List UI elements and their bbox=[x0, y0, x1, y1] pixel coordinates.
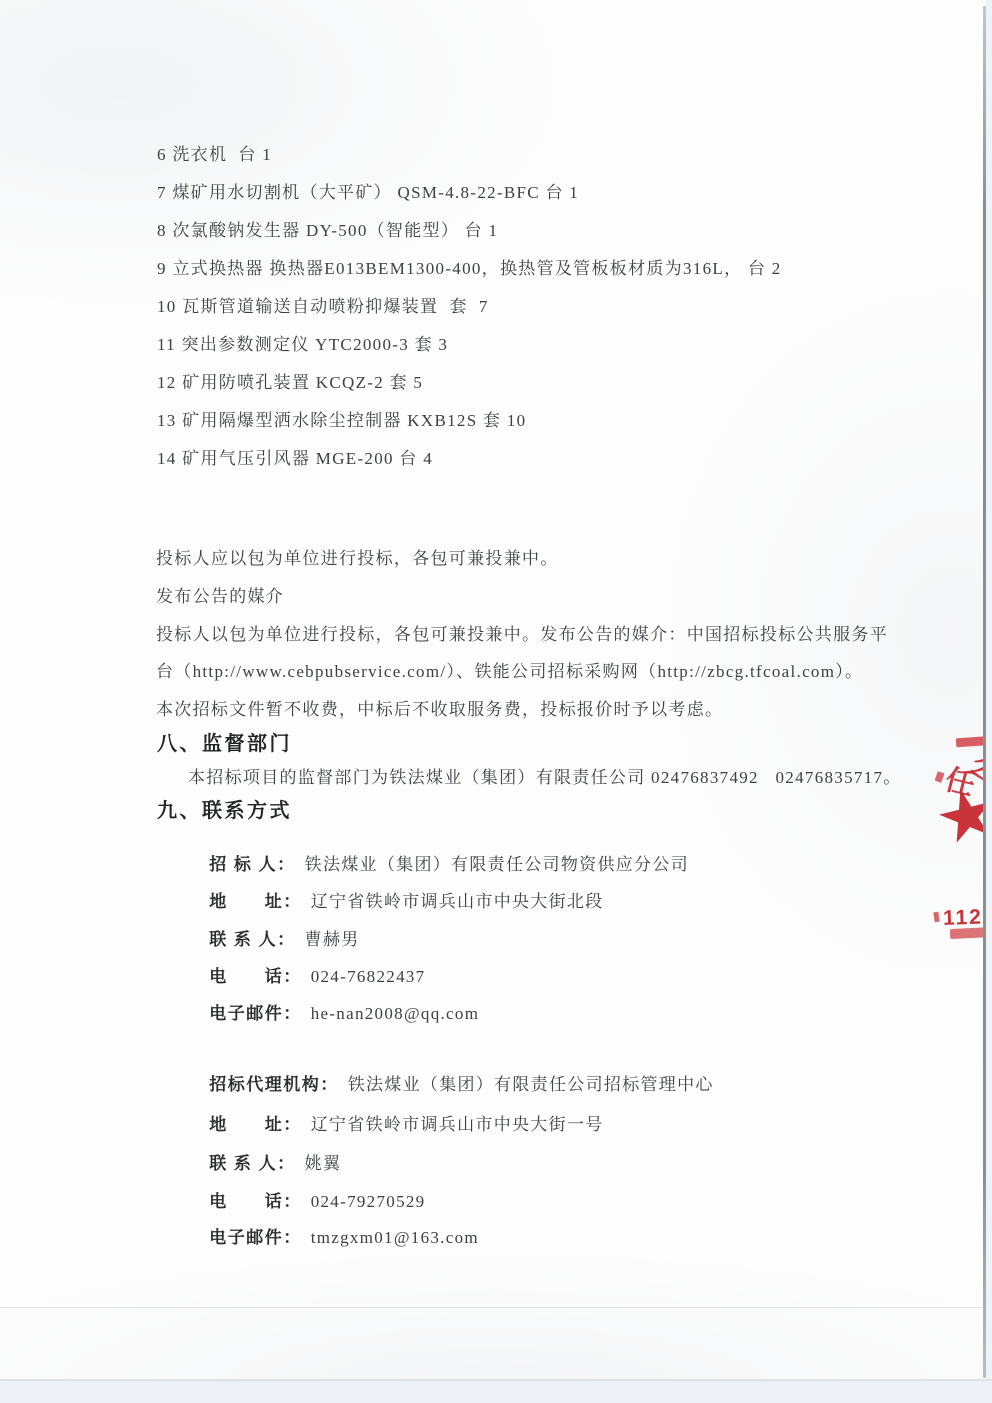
notice-line: 台（http://www.cebpubservice.com/）、铁能公司招标采… bbox=[156, 662, 863, 682]
equipment-list-item: 13 矿用隔爆型洒水除尘控制器 KXB12S 套 10 bbox=[157, 411, 526, 431]
notice-line: 投标人以包为单位进行投标，各包可兼投兼中。发布公告的媒介：中国招标投标公共服务平 bbox=[156, 625, 888, 645]
scan-artifact-line bbox=[0, 1307, 984, 1308]
contact-value: 铁法煤业（集团）有限责任公司招标管理中心 bbox=[348, 1075, 714, 1094]
contact-value: 辽宁省铁岭市调兵山市中央大街一号 bbox=[311, 1115, 604, 1134]
contact-value: tmzgxm01@163.com bbox=[311, 1228, 479, 1247]
contact-value: 辽宁省铁岭市调兵山市中央大街北段 bbox=[311, 892, 604, 911]
contact-label: 联 系 人： bbox=[209, 1154, 295, 1173]
seal-ink-mark bbox=[935, 771, 945, 783]
equipment-list-item: 9 立式换热器 换热器E013BEM1300-400，换热管及管板板材质为316… bbox=[157, 259, 782, 279]
contact-label: 电子邮件： bbox=[209, 1004, 302, 1023]
contact-label: 地 址： bbox=[209, 1115, 302, 1134]
contact-label: 地 址： bbox=[209, 892, 302, 911]
section-heading-supervision: 八、监督部门 bbox=[157, 732, 292, 756]
contact-row-email: 电子邮件：he-nan2008@qq.com bbox=[187, 984, 479, 1045]
equipment-list-item: 10 瓦斯管道输送自动喷粉抑爆装置 套 7 bbox=[157, 297, 489, 317]
contact-value: he-nan2008@qq.com bbox=[311, 1004, 480, 1023]
notice-line: 投标人应以包为单位进行投标，各包可兼投兼中。 bbox=[156, 549, 559, 569]
contact-value: 姚翼 bbox=[305, 1154, 342, 1173]
equipment-list-item: 6 洗衣机 台 1 bbox=[157, 145, 272, 165]
contact-row-email: 电子邮件：tmzgxm01@163.com bbox=[187, 1208, 479, 1269]
seal-ink-mark bbox=[933, 912, 939, 923]
section-heading-contact: 九、联系方式 bbox=[157, 799, 292, 823]
scanner-background-strip bbox=[0, 1381, 992, 1403]
supervision-department-text: 本招标项目的监督部门为铁法煤业（集团）有限责任公司 02476837492 02… bbox=[188, 768, 902, 788]
notice-line: 发布公告的媒介 bbox=[156, 587, 284, 607]
contact-label: 电子邮件： bbox=[209, 1228, 302, 1247]
contact-label: 招标代理机构： bbox=[209, 1075, 339, 1094]
paper-right-edge bbox=[983, 6, 986, 1378]
equipment-list-item: 7 煤矿用水切割机（大平矿） QSM-4.8-22-BFC 台 1 bbox=[157, 183, 579, 203]
equipment-list-item: 11 突出参数测定仪 YTC2000-3 套 3 bbox=[157, 335, 448, 355]
notice-line: 本次招标文件暂不收费，中标后不收取服务费，投标报价时予以考虑。 bbox=[156, 700, 723, 720]
equipment-list-item: 14 矿用气压引风器 MGE-200 台 4 bbox=[157, 449, 433, 469]
equipment-list-item: 8 次氯酸钠发生器 DY-500（智能型） 台 1 bbox=[157, 221, 498, 241]
equipment-list-item: 12 矿用防喷孔装置 KCQZ-2 套 5 bbox=[157, 373, 423, 393]
scanner-background-strip bbox=[986, 0, 992, 1403]
document-page: 6 洗衣机 台 1 7 煤矿用水切割机（大平矿） QSM-4.8-22-BFC … bbox=[0, 0, 992, 1403]
